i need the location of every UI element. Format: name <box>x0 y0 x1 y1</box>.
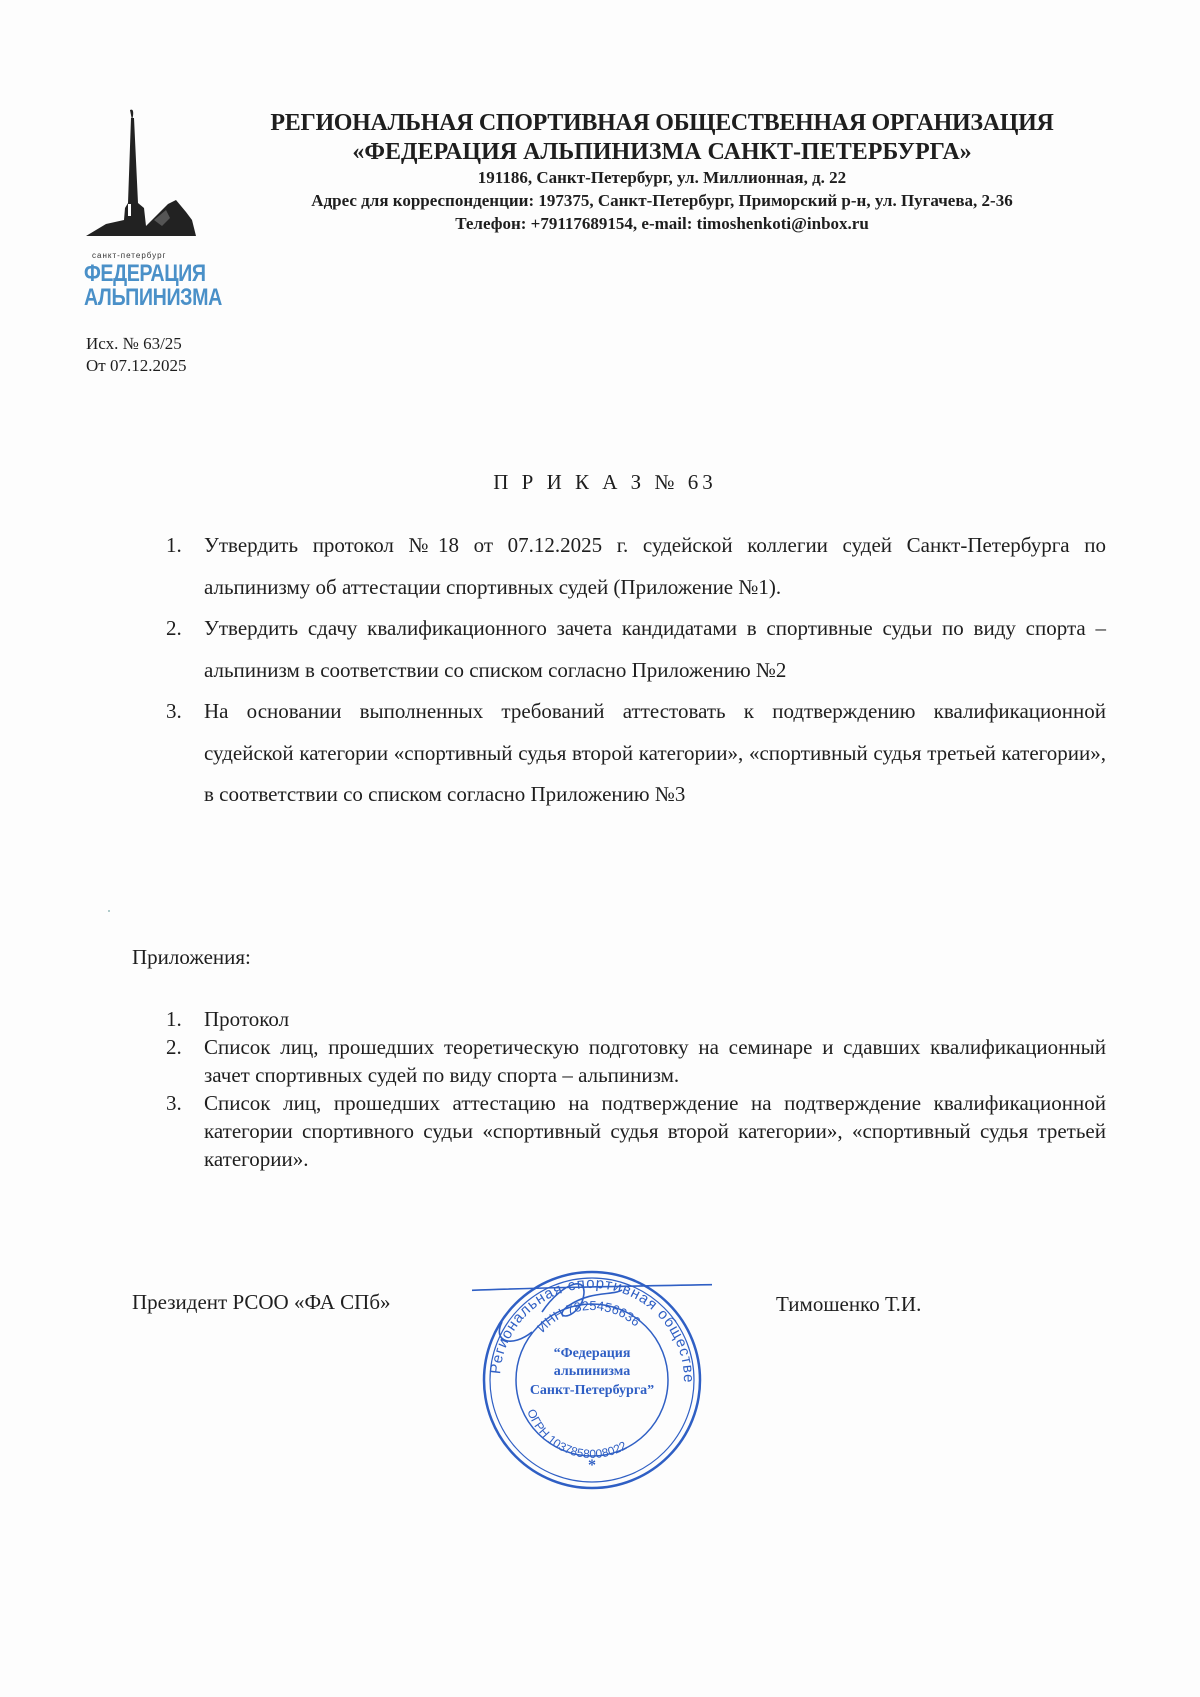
order-title: П Р И К А З № 63 <box>0 470 1200 495</box>
letterhead: РЕГИОНАЛЬНАЯ СПОРТИВНАЯ ОБЩЕСТВЕННАЯ ОРГ… <box>232 108 1092 235</box>
item-text: Список лиц, прошедших теоретическую подг… <box>204 1033 1106 1089</box>
logo-city-text: санкт-петербург <box>92 251 212 260</box>
order-item: 2. Утвердить сдачу квалификационного зач… <box>160 608 1106 691</box>
org-name-line1: РЕГИОНАЛЬНАЯ СПОРТИВНАЯ ОБЩЕСТВЕННАЯ ОРГ… <box>232 108 1092 138</box>
svg-text:ИНН 7825456636: ИНН 7825456636 <box>534 1298 643 1335</box>
item-number: 2. <box>160 1033 204 1089</box>
item-text: Утвердить протокол №18 от 07.12.2025 г. … <box>204 525 1106 608</box>
order-item: 3. На основании выполненных требований а… <box>160 691 1106 816</box>
order-items: 1. Утвердить протокол №18 от 07.12.2025 … <box>160 525 1106 816</box>
item-number: 1. <box>160 525 204 608</box>
signatory-position: Президент РСОО «ФА СПб» <box>132 1290 391 1315</box>
outgoing-reference: Исх. № 63/25 От 07.12.2025 <box>86 333 186 377</box>
official-stamp: Региональная спортивная общественная орг… <box>472 1262 712 1492</box>
spire-mountain-icon <box>84 108 204 253</box>
stamp-ogrn: ОГРН 1037858008022 <box>524 1407 629 1461</box>
item-text: Протокол <box>204 1005 1106 1033</box>
order-item: 1. Утвердить протокол №18 от 07.12.2025 … <box>160 525 1106 608</box>
legal-address: 191186, Санкт-Петербург, ул. Миллионная,… <box>232 166 1092 189</box>
outgoing-date: От 07.12.2025 <box>86 355 186 377</box>
item-number: 3. <box>160 1089 204 1173</box>
item-number: 2. <box>160 608 204 691</box>
stamp-center-line3: Санкт-Петербурга” <box>530 1383 654 1398</box>
item-text: Утвердить сдачу квалификационного зачета… <box>204 608 1106 691</box>
item-number: 1. <box>160 1005 204 1033</box>
signatory-name: Тимошенко Т.И. <box>776 1292 921 1317</box>
item-text: Список лиц, прошедших аттестацию на подт… <box>204 1089 1106 1173</box>
item-number: 3. <box>160 691 204 816</box>
scan-speck <box>108 910 110 912</box>
stamp-inn: ИНН 7825456636 <box>534 1298 643 1335</box>
attachment-item: 2. Список лиц, прошедших теоретическую п… <box>160 1033 1106 1089</box>
org-name-line2: «ФЕДЕРАЦИЯ АЛЬПИНИЗМА САНКТ-ПЕТЕРБУРГА» <box>232 138 1092 166</box>
svg-text:ОГРН 1037858008022: ОГРН 1037858008022 <box>524 1407 629 1461</box>
attachments-list: 1. Протокол 2. Список лиц, прошедших тео… <box>160 1005 1106 1173</box>
federation-logo: санкт-петербург ФЕДЕРАЦИЯ АЛЬПИНИЗМА <box>84 108 204 313</box>
stamp-center-line2: альпинизма <box>554 1364 631 1379</box>
item-text: На основании выполненных требований атте… <box>204 691 1106 816</box>
attachments-title: Приложения: <box>132 945 251 970</box>
mail-address: Адрес для корреспонденции: 197375, Санкт… <box>232 189 1092 212</box>
stamp-star: * <box>588 1457 596 1474</box>
logo-text-line2: АЛЬПИНИЗМА <box>84 284 182 312</box>
attachment-item: 1. Протокол <box>160 1005 1106 1033</box>
contacts: Телефон: +79117689154, e-mail: timoshenk… <box>232 212 1092 235</box>
attachment-item: 3. Список лиц, прошедших аттестацию на п… <box>160 1089 1106 1173</box>
outgoing-number: Исх. № 63/25 <box>86 333 186 355</box>
stamp-center-line1: “Федерация <box>554 1346 631 1361</box>
